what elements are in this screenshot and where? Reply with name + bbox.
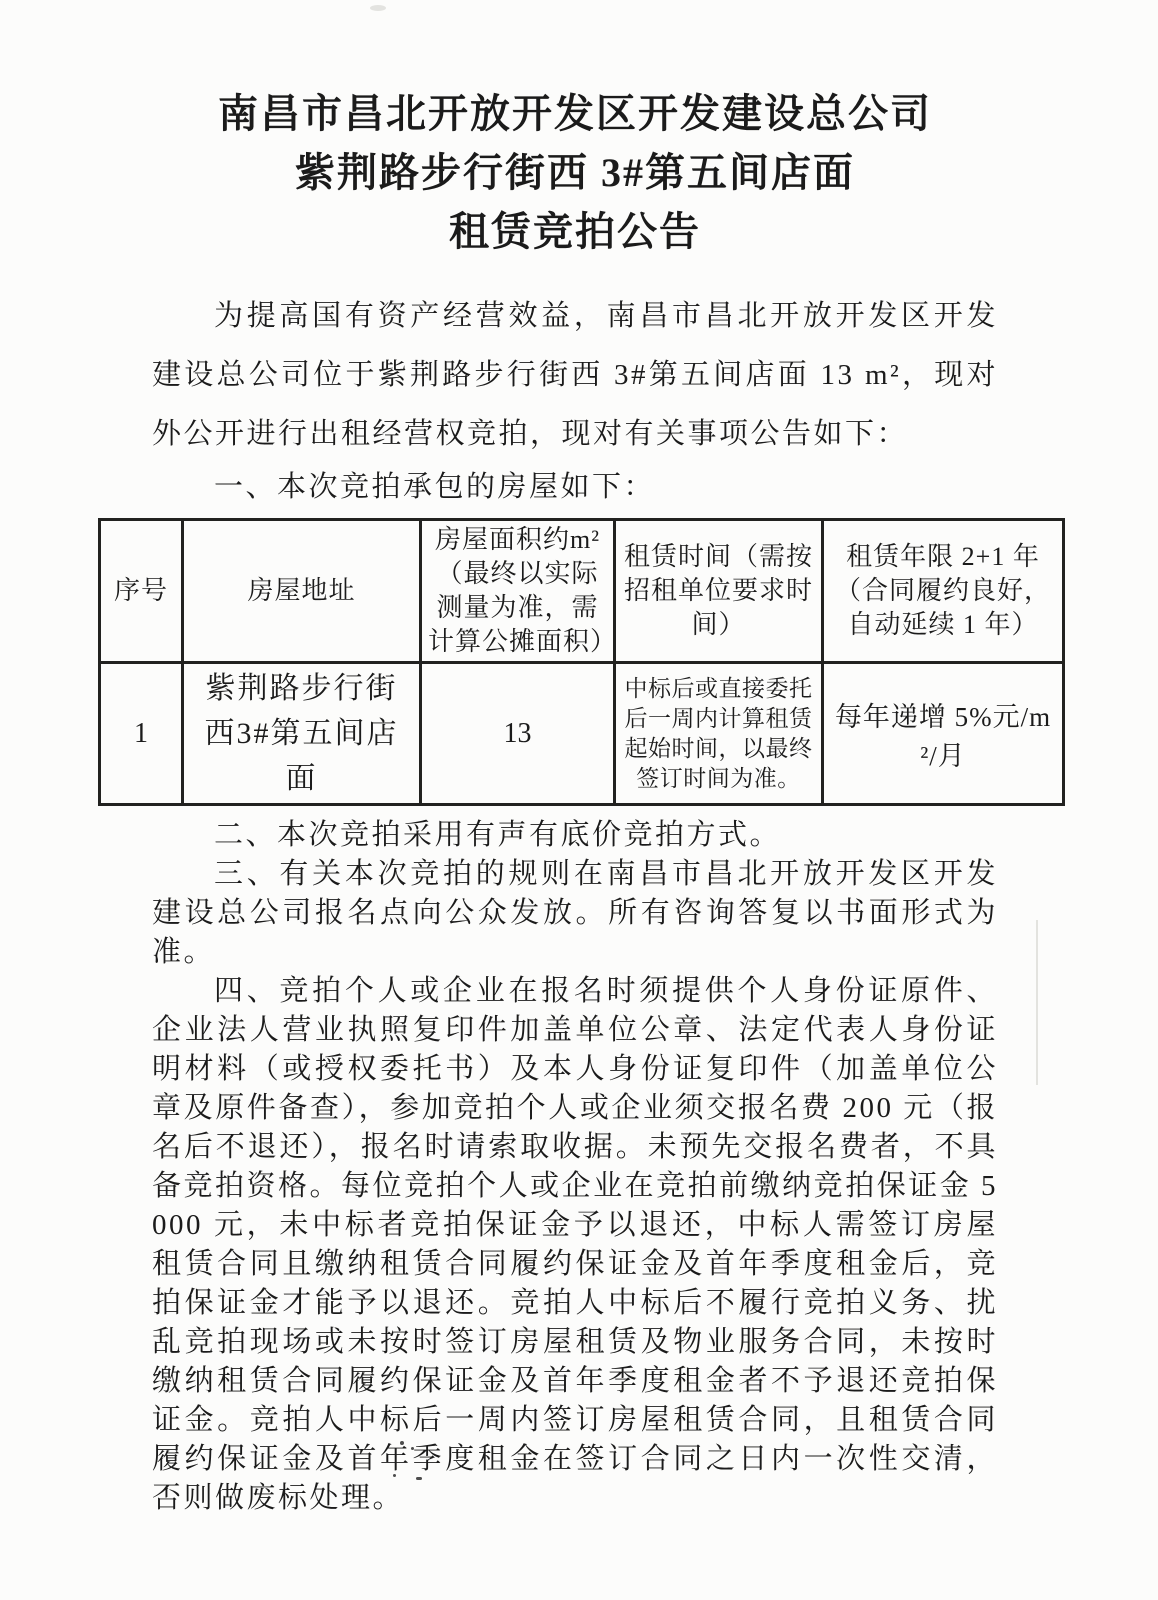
section-3-paragraph: 三、有关本次竞拍的规则在南昌市昌北开放开发区开发建设总公司报名点向公众发放。所有… [152,855,998,972]
cell-lease-time: 中标后或直接委托后一周内计算租赁起始时间，以最终签订时间为准。 [615,663,823,805]
header-seq-number: 序号 [100,520,183,663]
header-floor-area: 房屋面积约m²（最终以实际测量为准，需计算公摊面积） [421,520,615,663]
section-1-heading: 一、本次竞拍承包的房屋如下： [152,464,998,510]
cell-rent-increase: 每年递增 5%元/m²/月 [823,663,1064,805]
ink-speck [393,1474,396,1477]
document-title-line-1: 南昌市昌北开放开发区开发建设总公司 [152,84,998,143]
scanned-document-page: 南昌市昌北开放开发区开发建设总公司 紫荆路步行街西 3#第五间店面 租赁竞拍公告… [0,0,1158,1600]
cell-seq-number: 1 [100,663,183,805]
document-content: 南昌市昌北开放开发区开发建设总公司 紫荆路步行街西 3#第五间店面 租赁竞拍公告… [152,84,998,1518]
header-property-address: 房屋地址 [183,520,421,663]
property-auction-table: 序号 房屋地址 房屋面积约m²（最终以实际测量为准，需计算公摊面积） 租赁时间（… [98,518,1065,806]
scan-smudge [370,5,386,11]
cell-property-address: 紫荆路步行街西3#第五间店面 [183,663,421,805]
cell-floor-area: 13 [421,663,615,805]
section-4-paragraph: 四、竞拍个人或企业在报名时须提供个人身份证原件、企业法人营业执照复印件加盖单位公… [152,972,998,1518]
document-title: 南昌市昌北开放开发区开发建设总公司 紫荆路步行街西 3#第五间店面 租赁竞拍公告 [152,84,998,261]
section-2-paragraph: 二、本次竞拍采用有声有底价竞拍方式。 [152,816,998,855]
intro-paragraph: 为提高国有资产经营效益，南昌市昌北开放开发区开发建设总公司位于紫荆路步行街西 3… [152,287,998,464]
header-lease-time: 租赁时间（需按招租单位要求时间） [615,520,823,663]
document-title-line-3: 租赁竞拍公告 [152,202,998,261]
document-title-line-2: 紫荆路步行街西 3#第五间店面 [152,143,998,202]
ink-speck [416,1477,422,1480]
scan-edge-artifact [1036,920,1038,1085]
table-header-row: 序号 房屋地址 房屋面积约m²（最终以实际测量为准，需计算公摊面积） 租赁时间（… [100,520,1064,663]
table-row: 1 紫荆路步行街西3#第五间店面 13 中标后或直接委托后一周内计算租赁起始时间… [100,663,1064,805]
header-lease-term: 租赁年限 2+1 年（合同履约良好，自动延续 1 年） [823,520,1064,663]
ink-speck [400,1441,404,1445]
ink-speck [411,1447,414,1450]
